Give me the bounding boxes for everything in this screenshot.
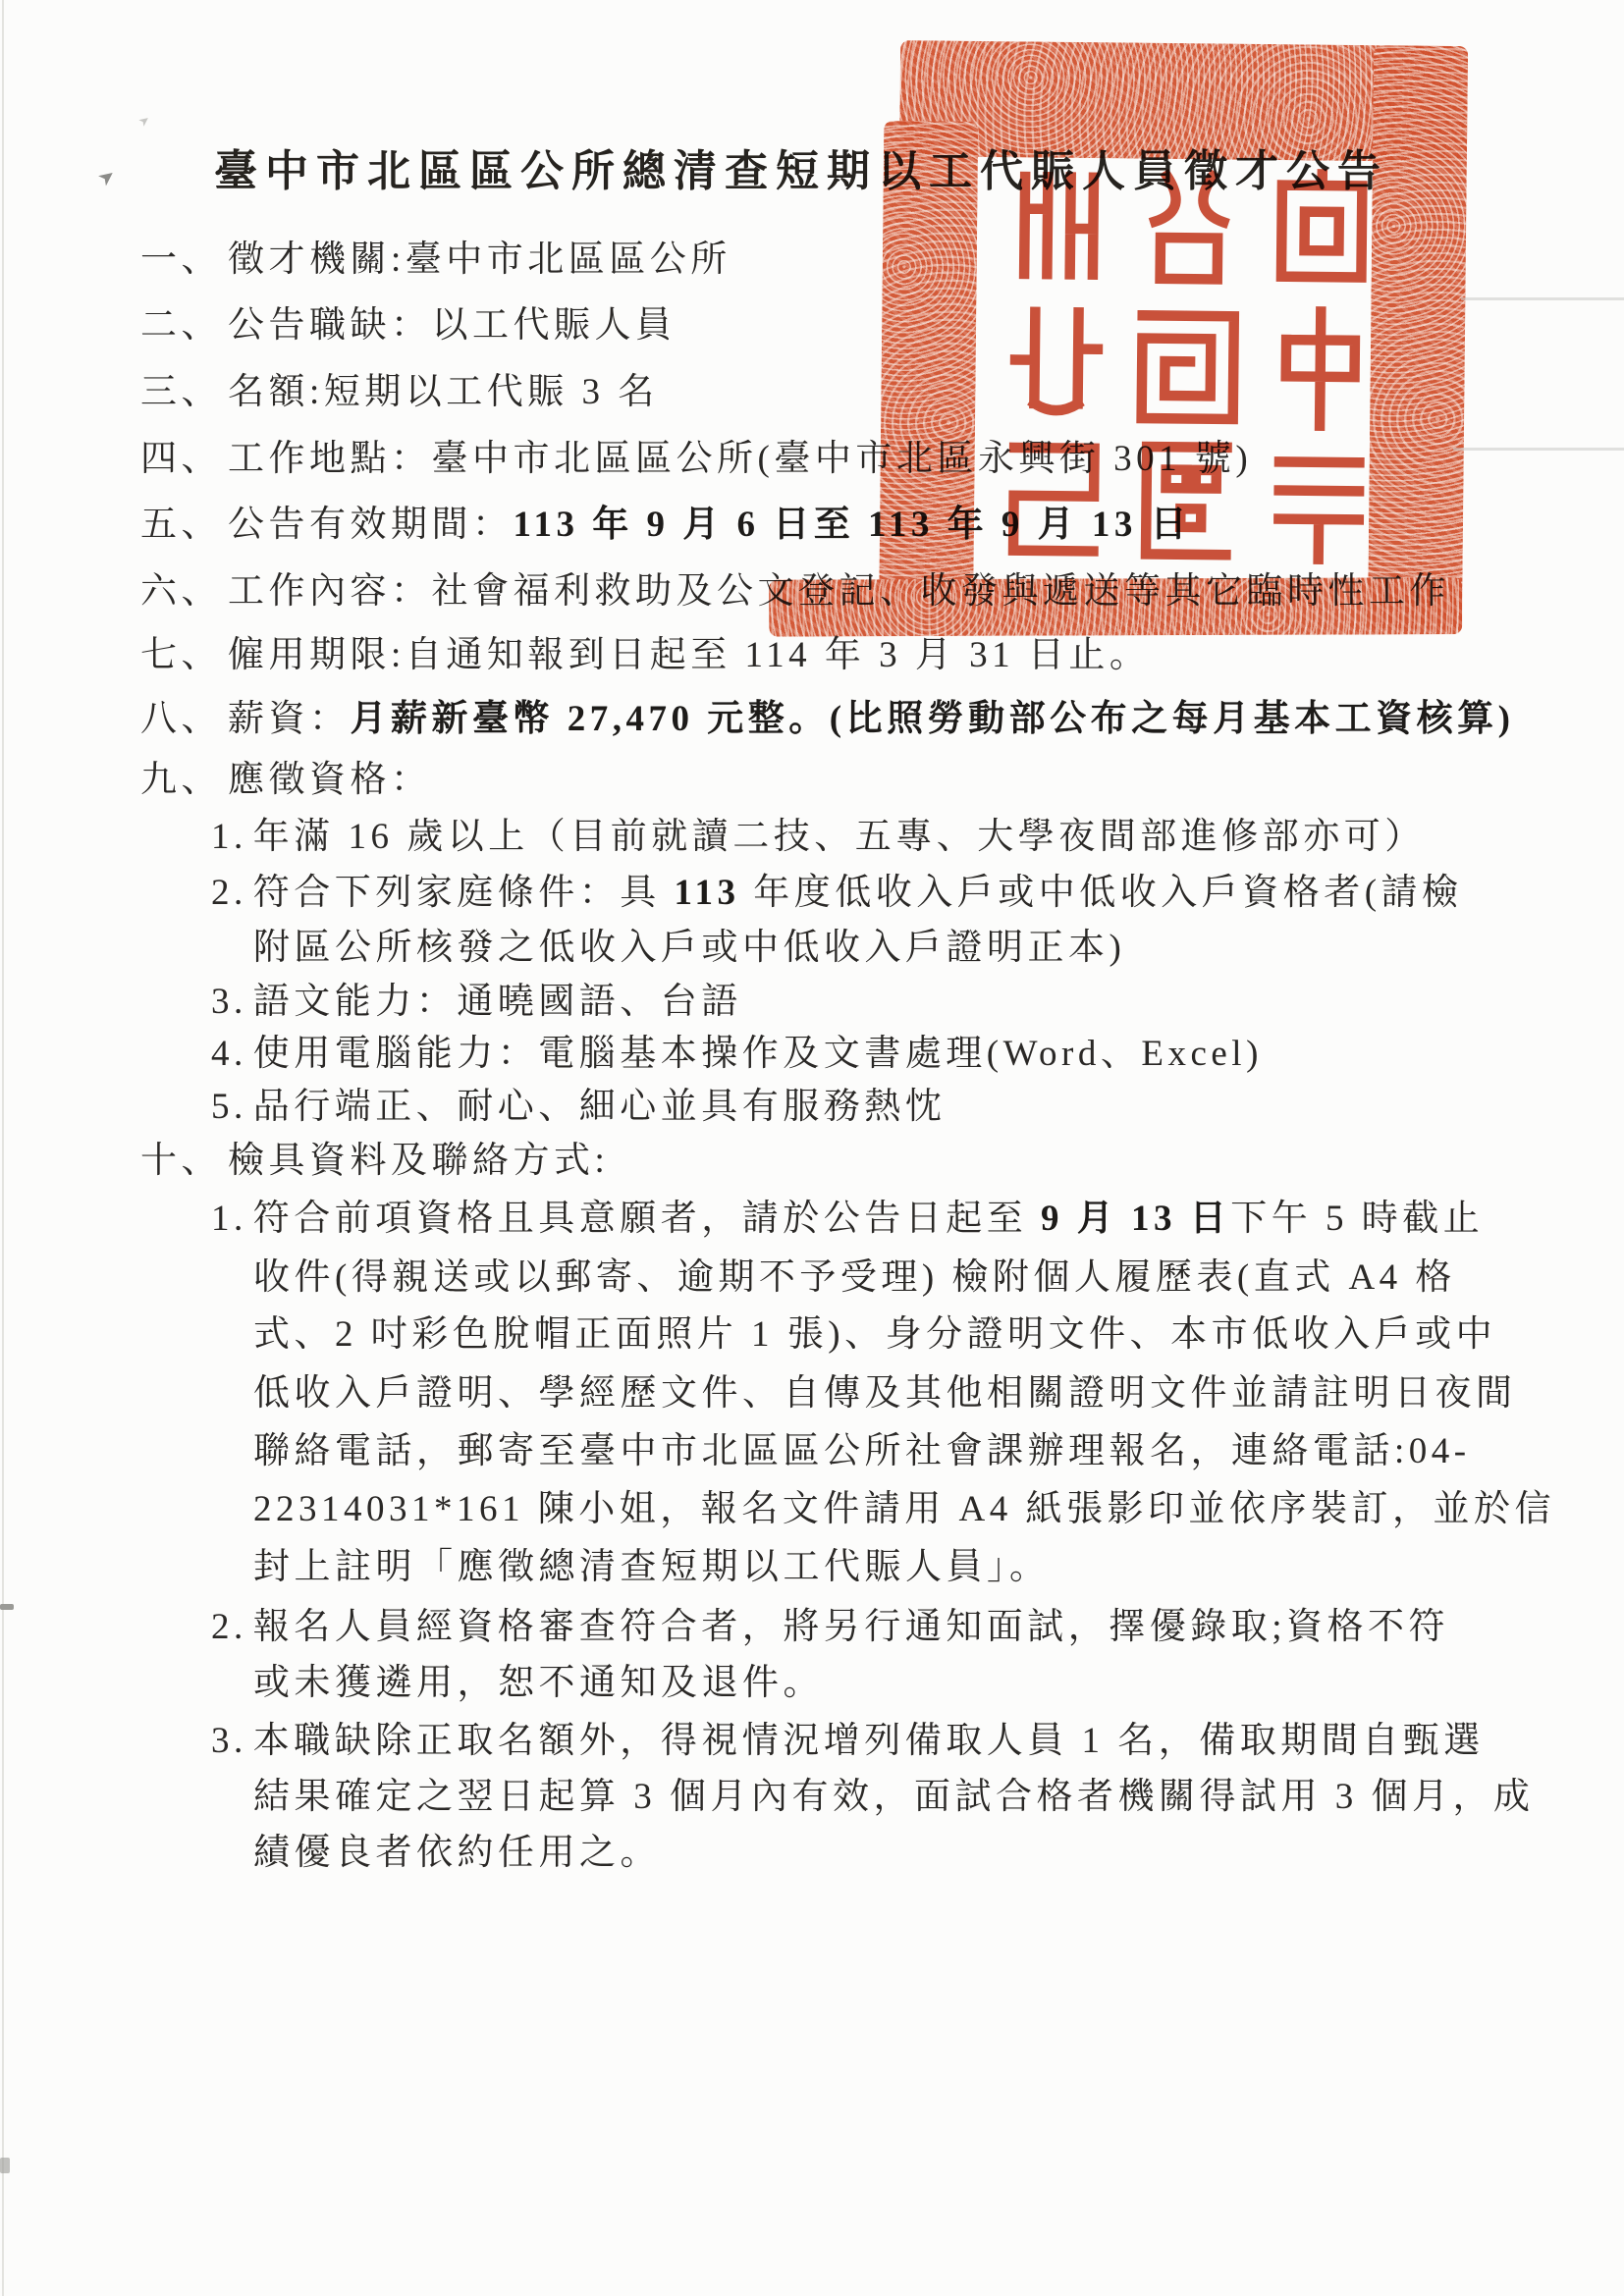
seal-script-character: [1262, 305, 1379, 432]
sub-item-line: 1.符合前項資格且具意願者，請於公告日起至 9 月 13 日下午 5 時截止: [211, 1198, 1484, 1241]
line-text: 工作內容：社會福利救助及公文登記、收發與遞送等其它臨時性工作: [228, 571, 1450, 612]
line-text-bold: 月薪新臺幣 27,470 元整。(比照勞動部公布之每月基本工資核算): [351, 699, 1515, 739]
scan-artifact-line: [1453, 448, 1624, 451]
continuation-line: 封上註明「應徵總清查短期以工代賑人員」。: [253, 1546, 1051, 1589]
continuation-line: 低收入戶證明、學經歷文件、自傳及其他相關證明文件並請註明日夜間: [253, 1372, 1517, 1415]
sub-item-line: 3.本職缺除正取名額外，得視情況增列備取人員 1 名，備取期間自甄選: [211, 1720, 1485, 1763]
section-line-10: 十、檢具資料及聯絡方式:: [140, 1140, 609, 1183]
continuation-line: 或未獲遴用，恕不通知及退件。: [253, 1662, 824, 1705]
line-text: 語文能力：通曉國語、台語: [253, 982, 742, 1022]
line-text: 年滿 16 歲以上（目前就讀二技、五專、大學夜間部進修部亦可）: [253, 817, 1426, 857]
line-text: 報名人員經資格審查符合者，將另行通知面試，擇優錄取;資格不符: [253, 1607, 1449, 1647]
section-line-5: 五、公告有效期間：113 年 9 月 6 日至 113 年 9 月 13 日: [140, 504, 1191, 547]
scan-artifact-line: [1461, 297, 1624, 300]
item-number: 3.: [211, 1721, 247, 1761]
continuation-line: 附區公所核發之低收入戶或中低收入戶證明正本): [253, 927, 1125, 970]
sub-item-line: 3.語文能力：通曉國語、台語: [211, 981, 742, 1024]
item-number: 一、: [140, 240, 222, 280]
line-text: 工作地點：臺中市北區區公所(臺中市北區永興街 301 號): [228, 439, 1252, 479]
line-text: 符合下列家庭條件：具: [253, 873, 675, 913]
line-text: 或未獲遴用，恕不通知及退件。: [253, 1663, 824, 1703]
continuation-line: 式、2 吋彩色脫帽正面照片 1 張)、身分證明文件、本市低收入戶或中: [253, 1313, 1496, 1357]
item-number: 1.: [211, 1199, 247, 1239]
item-number: 十、: [140, 1141, 222, 1181]
section-line-6: 六、工作內容：社會福利救助及公文登記、收發與遞送等其它臨時性工作: [140, 570, 1450, 614]
line-text: 收件(得親送或以郵寄、逾期不予受理) 檢附個人履歷表(直式 A4 格: [253, 1257, 1456, 1298]
continuation-line: 收件(得親送或以郵寄、逾期不予受理) 檢附個人履歷表(直式 A4 格: [253, 1256, 1456, 1300]
continuation-line: 結果確定之翌日起算 3 個月內有效，面試合格者機關得試用 3 個月，成: [253, 1776, 1535, 1819]
item-number: 5.: [211, 1087, 247, 1127]
section-line-9: 九、應徵資格：: [140, 759, 432, 802]
section-line-1: 一、徵才機關:臺中市北區區公所: [140, 239, 731, 282]
section-line-2: 二、公告職缺：以工代賑人員: [140, 304, 677, 347]
line-text: 22314031*161 陳小姐，報名文件請用 A4 紙張影印並依序裝訂，並於信: [253, 1489, 1555, 1529]
line-text: 聯絡電話，郵寄至臺中市北區區公所社會課辦理報名，連絡電話:04-: [253, 1431, 1471, 1471]
scan-speck: [0, 2158, 10, 2173]
seal-border-right: [1368, 45, 1468, 629]
pen-mark-icon: ➤: [92, 162, 120, 190]
section-line-7: 七、僱用期限:自通知報到日起至 114 年 3 月 31 日止。: [140, 634, 1150, 677]
line-text: 結果確定之翌日起算 3 個月內有效，面試合格者機關得試用 3 個月，成: [253, 1777, 1535, 1817]
item-number: 4.: [211, 1034, 247, 1074]
section-line-3: 三、名額:短期以工代賑 3 名: [140, 371, 659, 414]
line-text: 符合前項資格且具意願者，請於公告日起至: [253, 1199, 1041, 1239]
line-text: 績優良者依約任用之。: [253, 1833, 661, 1873]
line-text: 品行端正、耐心、細心並具有服務熱忱: [253, 1087, 947, 1127]
line-text: 公告職缺：以工代賑人員: [228, 305, 677, 346]
section-line-8: 八、薪資：月薪新臺幣 27,470 元整。(比照勞動部公布之每月基本工資核算): [140, 698, 1514, 741]
sub-item-line: 4.使用電腦能力：電腦基本操作及文書處理(Word、Excel): [211, 1033, 1263, 1076]
scanned-announcement-page: 臺中市北區區公所總清查短期以工代賑人員徵才公告 一、徵才機關:臺中市北區區公所 …: [0, 0, 1624, 2296]
item-number: 四、: [140, 439, 222, 479]
scan-speck: [0, 1604, 14, 1610]
pen-mark-icon: ➤: [136, 112, 154, 131]
item-number: 2.: [211, 1607, 247, 1647]
line-text: 下午 5 時截止: [1230, 1199, 1484, 1239]
section-line-4: 四、工作地點：臺中市北區區公所(臺中市北區永興街 301 號): [140, 438, 1252, 481]
item-number: 九、: [140, 760, 222, 800]
item-number: 八、: [140, 699, 222, 739]
item-number: 2.: [211, 873, 247, 913]
seal-border-top: [899, 40, 1468, 162]
seal-script-character: [1261, 439, 1378, 565]
seal-script-character: [997, 302, 1113, 429]
sub-item-line: 5.品行端正、耐心、細心並具有服務熱忱: [211, 1086, 946, 1129]
item-number: 七、: [140, 635, 222, 675]
continuation-line: 22314031*161 陳小姐，報名文件請用 A4 紙張影印並依序裝訂，並於信: [253, 1488, 1555, 1531]
line-text: 式、2 吋彩色脫帽正面照片 1 張)、身分證明文件、本市低收入戶或中: [253, 1314, 1496, 1355]
line-text: 僱用期限:自通知報到日起至 114 年 3 月 31 日止。: [228, 635, 1150, 675]
line-text: 應徵資格：: [228, 760, 432, 800]
line-text: 檢具資料及聯絡方式:: [228, 1141, 609, 1181]
line-text: 公告有效期間：: [228, 505, 514, 545]
line-text: 附區公所核發之低收入戶或中低收入戶證明正本): [253, 928, 1125, 968]
item-number: 六、: [140, 571, 222, 612]
line-text-bold: 113: [675, 873, 740, 913]
line-text-bold: 113 年 9 月 6 日至 113 年 9 月 13 日: [514, 505, 1192, 545]
item-number: 3.: [211, 982, 247, 1022]
item-number: 三、: [140, 372, 222, 412]
item-number: 1.: [211, 817, 247, 857]
sub-item-line: 2.報名人員經資格審查符合者，將另行通知面試，擇優錄取;資格不符: [211, 1606, 1449, 1649]
line-text-bold: 9 月 13 日: [1041, 1199, 1230, 1239]
item-number: 五、: [140, 505, 222, 545]
line-text: 年度低收入戶或中低收入戶資格者(請檢: [739, 873, 1462, 913]
line-text: 本職缺除正取名額外，得視情況增列備取人員 1 名，備取期間自甄選: [253, 1721, 1485, 1761]
item-number: 二、: [140, 305, 222, 346]
document-title: 臺中市北區區公所總清查短期以工代賑人員徵才公告: [214, 147, 1388, 197]
seal-script-character: [1129, 304, 1246, 431]
official-seal-icon: [879, 34, 1472, 645]
line-text: 使用電腦能力：電腦基本操作及文書處理(Word、Excel): [253, 1034, 1263, 1074]
continuation-line: 績優良者依約任用之。: [253, 1832, 661, 1875]
continuation-line: 聯絡電話，郵寄至臺中市北區區公所社會課辦理報名，連絡電話:04-: [253, 1430, 1471, 1473]
sub-item-line: 1.年滿 16 歲以上（目前就讀二技、五專、大學夜間部進修部亦可）: [211, 816, 1426, 859]
line-text: 名額:短期以工代賑 3 名: [228, 372, 659, 412]
line-text: 薪資：: [228, 699, 351, 739]
line-text: 低收入戶證明、學經歷文件、自傳及其他相關證明文件並請註明日夜間: [253, 1373, 1517, 1414]
line-text: 封上註明「應徵總清查短期以工代賑人員」。: [253, 1547, 1051, 1587]
sub-item-line: 2.符合下列家庭條件：具 113 年度低收入戶或中低收入戶資格者(請檢: [211, 872, 1463, 915]
scan-edge-line: [2, 0, 4, 2296]
line-text: 徵才機關:臺中市北區區公所: [228, 240, 731, 280]
